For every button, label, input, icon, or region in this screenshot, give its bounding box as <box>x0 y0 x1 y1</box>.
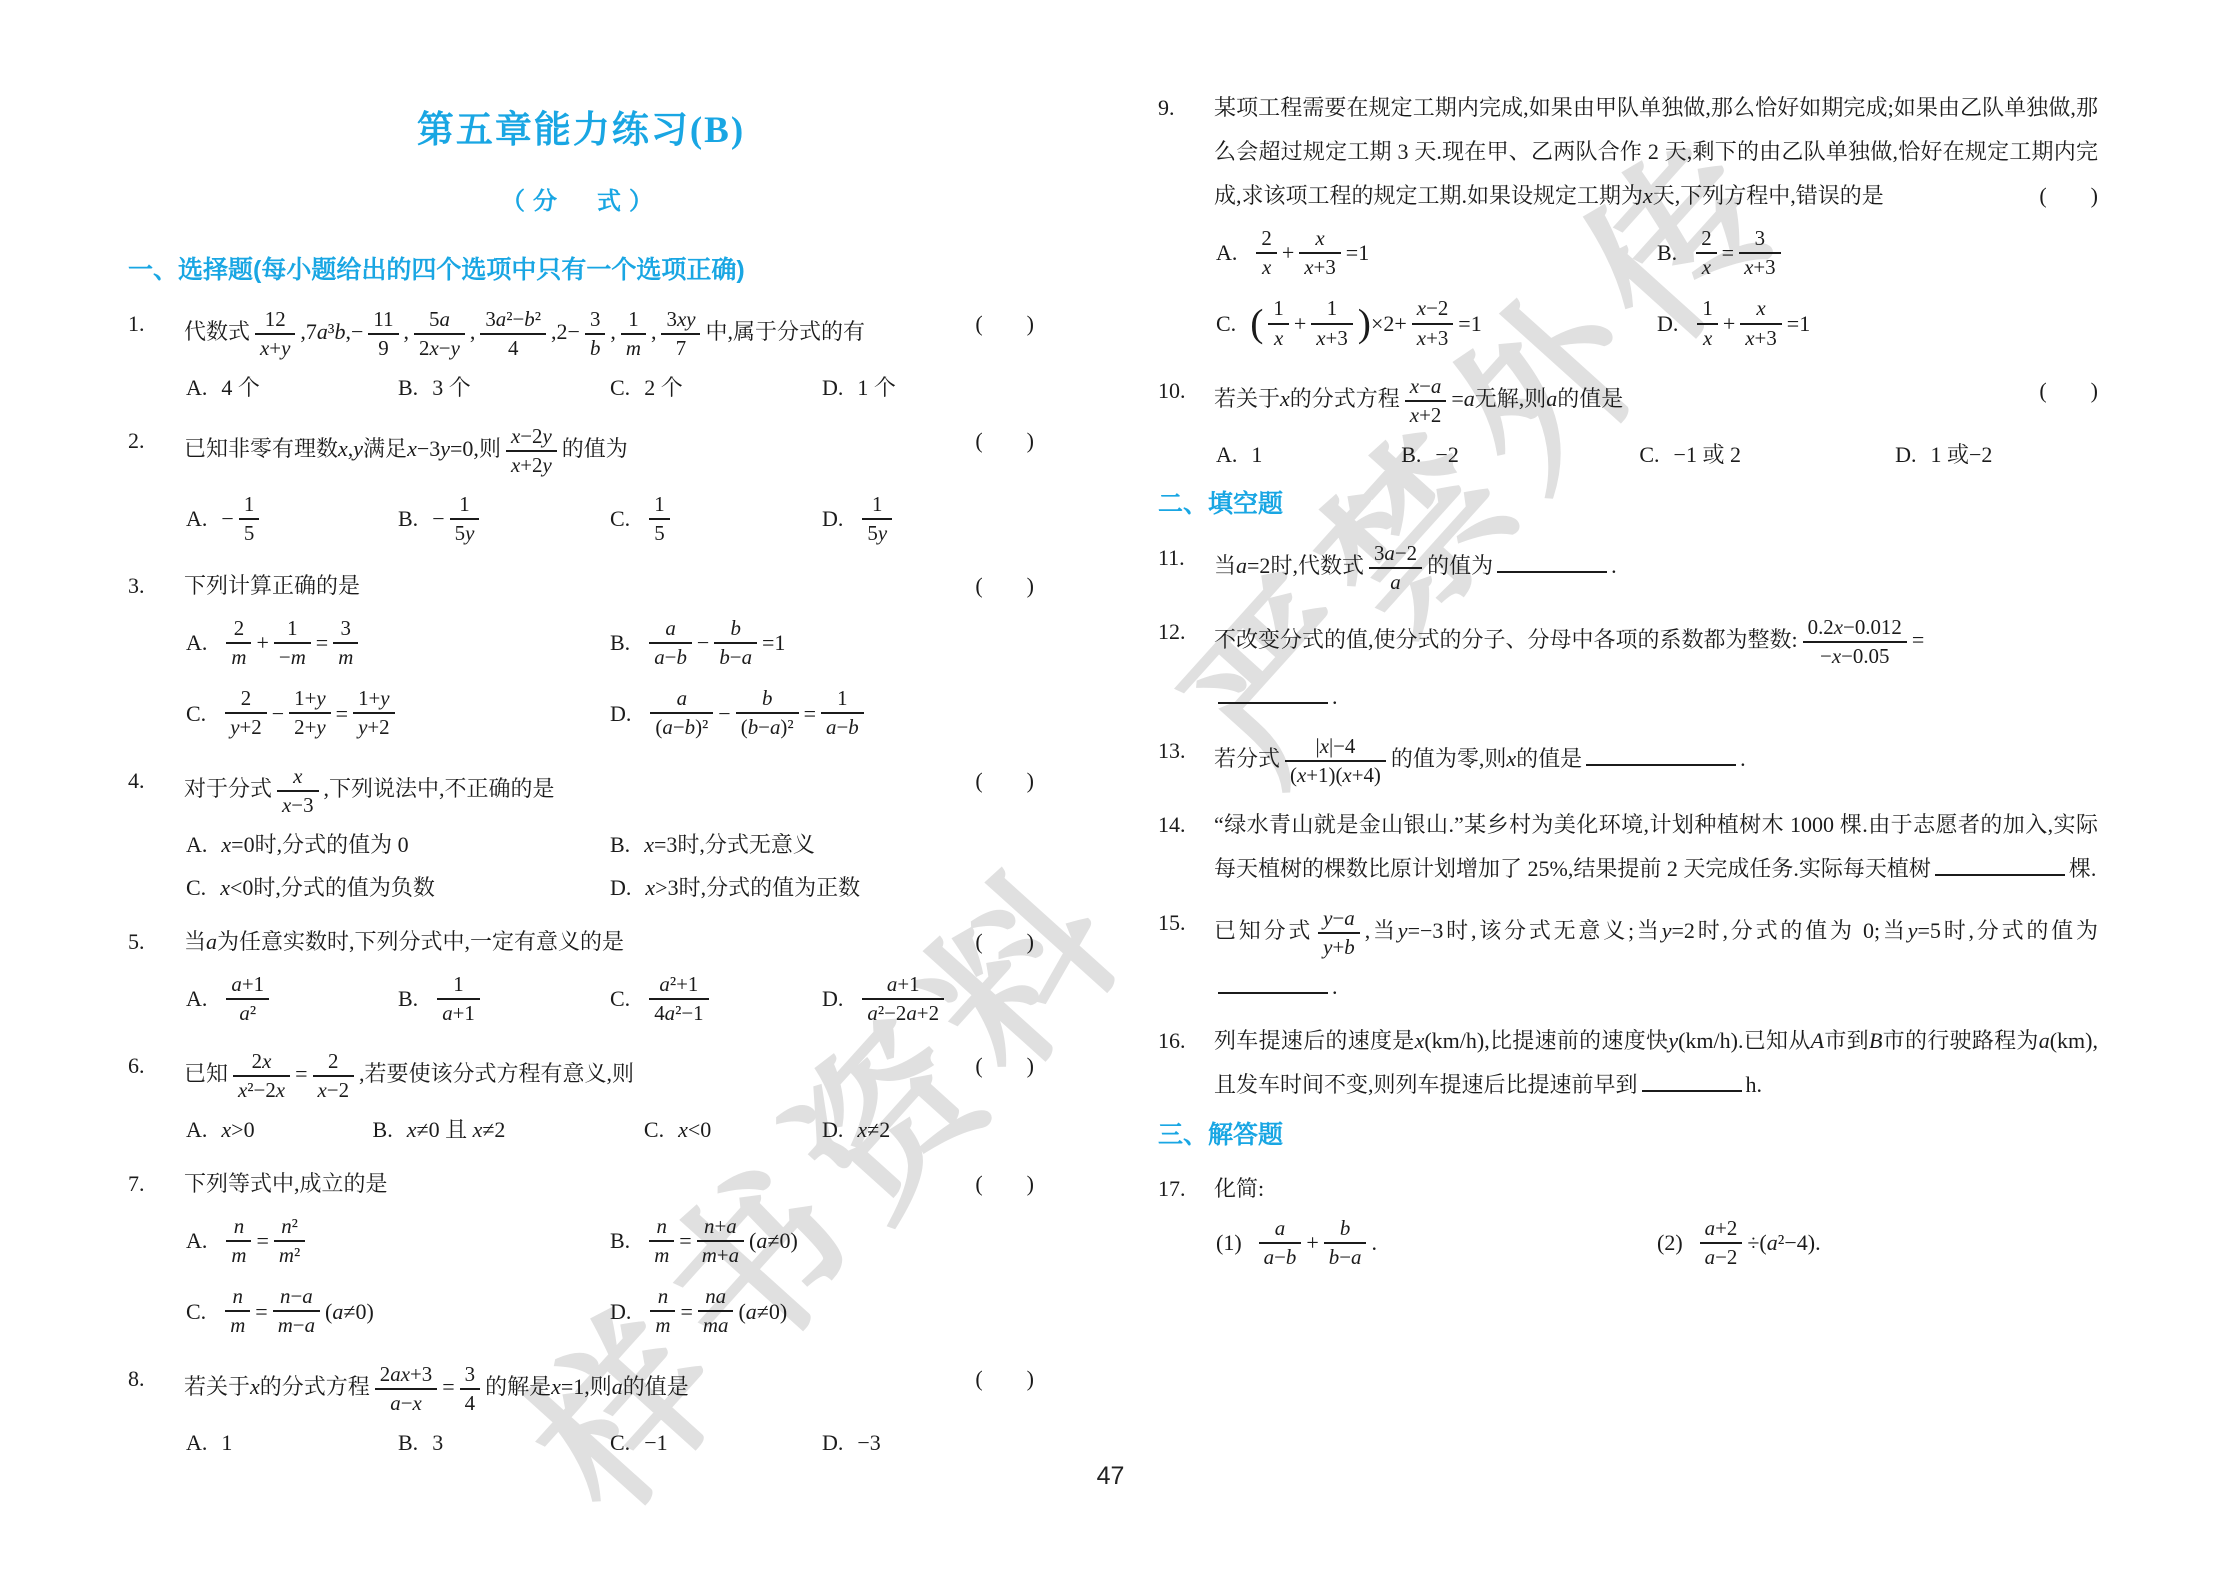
fraction-numerator: 2 <box>313 1048 355 1075</box>
fraction-numerator: n <box>650 1283 675 1310</box>
fraction: xx+3 <box>1299 225 1341 281</box>
math-run: + <box>1723 305 1735 342</box>
question-number: 6. <box>128 1044 184 1108</box>
question-1: 1.代数式12x+y,7a³b,−119,5a2x−y,3a²−b²4,2−3b… <box>128 302 1034 410</box>
question-stem: 若关于x的分式方程2ax+3a−x=34的解是x=1,则a的值是( ) <box>184 1357 1034 1421</box>
fraction-denominator: b−a <box>714 642 757 671</box>
fraction: a+1a² <box>226 971 269 1027</box>
question-stem: 对于分式xx−3,下列说法中,不正确的是( ) <box>184 759 1034 823</box>
text-run: 则 <box>479 436 501 461</box>
math-run: x>3 <box>645 869 678 906</box>
option-label: A. <box>186 1424 207 1461</box>
answer-bracket: ( ) <box>2039 174 2098 218</box>
option-label: D. <box>822 980 843 1017</box>
fraction: x−2yx+2y <box>506 423 557 479</box>
question-stem: 下列计算正确的是( ) <box>184 564 1034 608</box>
option-D: D.nm=nama(a≠0) <box>610 1279 1034 1343</box>
text-run: . <box>1332 974 1338 999</box>
sub-item-content: aa−b+bb−a. <box>1254 1211 1377 1275</box>
sub-item-content: a+2a−2÷(a²−4). <box>1695 1211 1821 1275</box>
option-content: x≠0 且 x≠2 <box>407 1111 506 1148</box>
fraction-denominator: a² <box>226 998 269 1027</box>
option-A: A.1 <box>186 1424 398 1461</box>
option-content: nm=n+am+a(a≠0) <box>644 1209 798 1273</box>
math-run: = <box>316 624 328 661</box>
math-run: = <box>679 1222 691 1259</box>
option-C: C.−1 或 2 <box>1639 436 1895 473</box>
fraction-numerator: n <box>649 1213 674 1240</box>
fraction-numerator: b <box>736 685 799 712</box>
question-stem: 下列等式中,成立的是( ) <box>184 1162 1034 1206</box>
text-run: 不改变分式的值,使分式的分子、分母中各项的系数都为整数: <box>1214 627 1798 652</box>
fraction-numerator: a <box>650 685 713 712</box>
option-B: B.x≠0 且 x≠2 <box>373 1111 644 1148</box>
fraction: 3xy7 <box>661 306 700 362</box>
question-number: 12. <box>1158 610 1214 718</box>
option-label: D. <box>1895 436 1916 473</box>
option-content: 1 <box>221 1424 232 1461</box>
text-run: . <box>1332 684 1338 709</box>
fraction-numerator: 0.2x−0.012 <box>1803 614 1907 641</box>
fraction-denominator: 5y <box>450 518 480 547</box>
question-4: 4.对于分式xx−3,下列说法中,不正确的是( )A.x=0 时,分式的值为 0… <box>128 759 1034 910</box>
math-run: − <box>432 500 444 537</box>
text-run: 时,代数式 <box>1270 553 1364 578</box>
fraction-numerator: x <box>1299 225 1341 252</box>
option-C: C.nm=n−am−a(a≠0) <box>186 1279 610 1343</box>
fraction-denominator: x+2y <box>506 450 557 479</box>
option-label: B. <box>610 624 630 661</box>
option-content: −3 <box>857 1424 880 1461</box>
option-content: x>3 时,分式的值为正数 <box>645 869 860 906</box>
option-label: A. <box>186 369 207 406</box>
question-number: 10. <box>1158 369 1214 433</box>
fraction: x−2x+3 <box>1412 295 1454 351</box>
fraction-denominator: m <box>650 1310 675 1339</box>
options-row: A.1B.3C.−1D.−3 <box>128 1421 1034 1464</box>
math-run: , <box>610 319 616 344</box>
fraction-numerator: 2ax+3 <box>375 1361 437 1388</box>
page-number: 47 <box>0 1462 2221 1491</box>
option-C: C.(1x+1x+3)×2+x−2x+3=1 <box>1216 291 1657 355</box>
math-run: = <box>1722 234 1734 271</box>
page-title: 第五章能力练习(B) <box>128 94 1034 168</box>
math-run: a <box>2039 1028 2050 1053</box>
math-run: ,2− <box>551 319 580 344</box>
option-label: C. <box>186 1293 206 1330</box>
fraction-denominator: x+3 <box>1299 252 1341 281</box>
question-11: 11.当a=2时,代数式3a−2a的值为. <box>1158 536 2098 600</box>
fraction-numerator: b <box>714 615 757 642</box>
text-run: ,若要使该分式方程有意义,则 <box>359 1061 634 1086</box>
question-row: 2.已知非零有理数x,y满足x−3y=0,则x−2yx+2y的值为( ) <box>128 419 1034 483</box>
fraction-numerator: 5a <box>414 306 465 333</box>
math-run: A <box>1811 1028 1824 1053</box>
option-label: C. <box>1639 436 1659 473</box>
question-12: 12.不改变分式的值,使分式的分子、分母中各项的系数都为整数:0.2x−0.01… <box>1158 610 2098 718</box>
option-label: B. <box>373 1111 393 1148</box>
fraction: 3a−2a <box>1369 540 1422 596</box>
text-run: 的值为 <box>562 436 628 461</box>
fraction: n−am−a <box>273 1283 320 1339</box>
text-run: 时,分式的值为正数 <box>679 869 861 906</box>
math-run: 1 或−2 <box>1931 436 1993 473</box>
fraction-denominator: m <box>226 1240 251 1269</box>
text-run: ,下列说法中,不正确的是 <box>324 776 555 801</box>
math-run: x−3y=0, <box>407 436 479 461</box>
option-label: A. <box>186 980 207 1017</box>
fraction: 2ax+3a−x <box>375 1361 437 1417</box>
option-content: (1x+1x+3)×2+x−2x+3=1 <box>1250 291 1482 355</box>
fraction: 15 <box>649 491 669 547</box>
text-run: 市的行驶路程为 <box>1882 1028 2038 1053</box>
fraction-denominator: b−a <box>1324 1242 1367 1271</box>
question-stem: 化简: <box>1214 1167 2098 1211</box>
math-run: −1 或 2 <box>1674 436 1741 473</box>
title-block: 第五章能力练习(B) （分 式） <box>128 94 1034 226</box>
option-content: 1 <box>1251 436 1262 473</box>
fraction-denominator: x+3 <box>1412 323 1454 352</box>
math-run: −3 <box>857 1424 880 1461</box>
option-label: D. <box>1657 305 1678 342</box>
fraction-numerator: 2x <box>233 1048 290 1075</box>
option-content: 1 个 <box>857 369 896 406</box>
text-run: 时,分式无意义 <box>677 826 815 863</box>
option-content: 2 个 <box>644 369 683 406</box>
math-run: a <box>206 929 217 954</box>
option-B: B.3 <box>398 1424 610 1461</box>
blank-line <box>1586 741 1736 766</box>
fraction-numerator: na <box>698 1283 734 1310</box>
text-run: 时,分式的值为负数 <box>253 869 435 906</box>
fraction: 0.2x−0.012−x−0.05 <box>1803 614 1907 670</box>
left-items: 一、选择题(每小题给出的四个选项中只有一个选项正确)1.代数式12x+y,7a³… <box>128 252 1034 1464</box>
fraction-denominator: y+b <box>1318 932 1360 961</box>
question-row: 6.已知2xx²−2x=2x−2,若要使该分式方程有意义,则( ) <box>128 1044 1034 1108</box>
answer-bracket: ( ) <box>975 1162 1034 1206</box>
options-row: A.2m+1−m=3mB.aa−b−bb−a=1C.2y+2−1+y2+y=1+… <box>128 608 1034 749</box>
blank-line <box>1935 851 2065 876</box>
math-run: + <box>256 624 268 661</box>
text-run: 已知分式 <box>1214 918 1313 943</box>
option-B: B.3 个 <box>398 369 610 406</box>
answer-bracket: ( ) <box>975 759 1034 803</box>
fraction-denominator: 7 <box>661 333 700 362</box>
fraction: |x|−4(x+1)(x+4) <box>1285 733 1386 789</box>
option-A: A.a+1a² <box>186 967 398 1031</box>
question-number: 17. <box>1158 1167 1214 1211</box>
section-choice: 一、选择题(每小题给出的四个选项中只有一个选项正确) <box>128 252 1034 290</box>
option-C: C.a²+14a²−1 <box>610 967 822 1031</box>
option-content: 1 或−2 <box>1931 436 1993 473</box>
question-9: 9.某项工程需要在规定工期内完成,如果由甲队单独做,那么恰好如期完成;如果由乙队… <box>1158 86 2098 359</box>
math-run: x=0 <box>221 826 254 863</box>
answer-bracket: ( ) <box>2039 369 2098 413</box>
fraction-numerator: 1 <box>1697 295 1717 322</box>
option-content: x<0 <box>678 1111 711 1148</box>
option-content: 1a+1 <box>432 967 485 1031</box>
text-run: 市到 <box>1824 1028 1869 1053</box>
fraction-numerator: n <box>225 1283 250 1310</box>
fraction-denominator: y+2 <box>353 712 395 741</box>
fraction: n+am+a <box>697 1213 744 1269</box>
option-label: D. <box>822 1424 843 1461</box>
option-C: C.2y+2−1+y2+y=1+yy+2 <box>186 681 610 745</box>
fraction-numerator: 3a²−b² <box>480 306 546 333</box>
option-content: x>0 <box>221 1111 254 1148</box>
question-stem: “绿水青山就是金山银山.”某乡村为美化环境,计划种植树木 1000 棵.由于志愿… <box>1214 803 2098 891</box>
text-run: 列车提速后的速度是 <box>1214 1028 1415 1053</box>
question-number: 3. <box>128 564 184 608</box>
math-run: a <box>1546 386 1557 411</box>
fraction: xx−3 <box>277 763 319 819</box>
fraction: 2m <box>226 615 251 671</box>
option-B: B.2x=3x+3 <box>1657 221 2098 285</box>
fraction-denominator: m² <box>274 1240 305 1269</box>
fraction-numerator: x−2 <box>1412 295 1454 322</box>
fraction-denominator: −x−0.05 <box>1803 641 1907 670</box>
option-label: B. <box>1657 234 1677 271</box>
sub-item-1: (1)aa−b+bb−a. <box>1216 1211 1657 1275</box>
fraction-denominator: 2x−y <box>414 333 465 362</box>
option-D: D.−3 <box>822 1424 1034 1461</box>
fraction-numerator: y−a <box>1318 905 1360 932</box>
math-run: y=2 <box>1662 918 1695 943</box>
text-run: 下列计算正确的是 <box>184 573 360 598</box>
question-10: 10.若关于x的分式方程x−ax+2=a无解,则a的值是( )A.1B.−2C.… <box>1158 369 2098 477</box>
question-8: 8.若关于x的分式方程2ax+3a−x=34的解是x=1,则a的值是( )A.1… <box>128 1357 1034 1465</box>
fraction: 15y <box>862 491 892 547</box>
answer-bracket: ( ) <box>975 920 1034 964</box>
fraction: 1m <box>621 306 646 362</box>
option-label: D. <box>610 695 631 732</box>
text-run: 若分式 <box>1214 746 1280 771</box>
option-label: C. <box>610 500 630 537</box>
left-column: 第五章能力练习(B) （分 式） 一、选择题(每小题给出的四个选项中只有一个选项… <box>128 86 1034 1474</box>
option-label: B. <box>398 1424 418 1461</box>
text-run: 则 <box>590 1374 612 1399</box>
question-row: 9.某项工程需要在规定工期内完成,如果由甲队单独做,那么恰好如期完成;如果由乙队… <box>1158 86 2098 218</box>
page-subtitle: （分 式） <box>128 178 1034 226</box>
fraction-denominator: x+y <box>255 333 295 362</box>
question-row: 13.若分式|x|−4(x+1)(x+4)的值为零,则x的值是. <box>1158 729 2098 793</box>
options-row: A.a+1a²B.1a+1C.a²+14a²−1D.a+1a²−2a+2 <box>128 964 1034 1034</box>
fraction-denominator: m+a <box>697 1240 744 1269</box>
question-row: 8.若关于x的分式方程2ax+3a−x=34的解是x=1,则a的值是( ) <box>128 1357 1034 1421</box>
fraction-denominator: 4 <box>460 1388 480 1417</box>
question-number: 11. <box>1158 536 1214 600</box>
text-run: 若关于 <box>1214 386 1280 411</box>
question-number: 4. <box>128 759 184 823</box>
math-run: x <box>1415 1028 1425 1053</box>
math-run: =1 <box>762 624 785 661</box>
text-run: 的值是 <box>1516 746 1582 771</box>
fraction-numerator: 1 <box>274 615 311 642</box>
question-number: 8. <box>128 1357 184 1421</box>
fraction: nm <box>225 1283 250 1339</box>
fraction-denominator: (x+1)(x+4) <box>1285 760 1386 789</box>
fraction-denominator: x+2 <box>1405 400 1447 429</box>
fraction-denominator: a−b <box>649 642 692 671</box>
fraction-denominator: 9 <box>368 333 398 362</box>
fraction-numerator: 1+y <box>289 685 331 712</box>
fraction: y−ay+b <box>1318 905 1360 961</box>
fraction-numerator: 1 <box>649 491 669 518</box>
fraction-denominator: x+3 <box>1740 323 1782 352</box>
fraction-denominator: m <box>649 1240 674 1269</box>
option-content: a+1a²−2a+2 <box>857 967 949 1031</box>
options-row: A.2x+xx+3=1B.2x=3x+3C.(1x+1x+3)×2+x−2x+3… <box>1158 218 2098 359</box>
fraction-denominator: x−2 <box>313 1075 355 1104</box>
question-16: 16.列车提速后的速度是x(km/h),比提速前的速度快y(km/h).已知从A… <box>1158 1019 2098 1107</box>
text-run: 的值是 <box>623 1374 689 1399</box>
option-label: C. <box>186 695 206 732</box>
text-run: 对于分式 <box>184 776 272 801</box>
big-paren: ) <box>1358 304 1371 344</box>
text-run: 当 <box>1214 553 1236 578</box>
fraction-denominator: a−b <box>821 712 864 741</box>
fraction: 2x <box>1696 225 1716 281</box>
fraction-numerator: 1 <box>621 306 646 333</box>
option-label: C. <box>1216 305 1236 342</box>
math-run: 1 <box>1251 436 1262 473</box>
fraction: b(b−a)² <box>736 685 799 741</box>
math-run: 3 <box>432 1424 443 1461</box>
fraction: a+2a−2 <box>1700 1215 1743 1271</box>
option-content: 3 个 <box>432 369 471 406</box>
text-run: 的解是 <box>485 1374 551 1399</box>
option-label: B. <box>398 980 418 1017</box>
question-number: 1. <box>128 302 184 366</box>
math-run: − <box>718 695 730 732</box>
question-row: 3.下列计算正确的是( ) <box>128 564 1034 608</box>
question-stem: 若分式|x|−4(x+1)(x+4)的值为零,则x的值是. <box>1214 729 2098 793</box>
fraction-numerator: 2 <box>1256 225 1276 252</box>
fraction: 3b <box>585 306 605 362</box>
fraction: a+1a²−2a+2 <box>862 971 944 1027</box>
option-B: B.−2 <box>1401 436 1639 473</box>
sub-item-label: (1) <box>1216 1221 1242 1265</box>
fraction-denominator: m <box>621 333 646 362</box>
option-label: C. <box>186 869 206 906</box>
options-row: A.nm=n²m²B.nm=n+am+a(a≠0)C.nm=n−am−a(a≠0… <box>128 1206 1034 1347</box>
fraction-numerator: 1+y <box>353 685 395 712</box>
option-D: D.a(a−b)²−b(b−a)²=1a−b <box>610 681 1034 745</box>
math-run: x,y <box>338 436 363 461</box>
fraction-numerator: x−a <box>1405 373 1447 400</box>
question-stem: 若关于x的分式方程x−ax+2=a无解,则a的值是( ) <box>1214 369 2098 433</box>
fraction-numerator: 3 <box>460 1361 480 1388</box>
question-7: 7.下列等式中,成立的是( )A.nm=n²m²B.nm=n+am+a(a≠0)… <box>128 1162 1034 1347</box>
math-run: = <box>336 695 348 732</box>
question-17: 17.化简:(1)aa−b+bb−a.(2)a+2a−2÷(a²−4). <box>1158 1167 2098 1275</box>
math-run: x<0 <box>220 869 253 906</box>
question-3: 3.下列计算正确的是( )A.2m+1−m=3mB.aa−b−bb−a=1C.2… <box>128 564 1034 749</box>
math-run: 1 <box>221 1424 232 1461</box>
math-run: a=2 <box>1236 553 1270 578</box>
option-D: D.1x+xx+3=1 <box>1657 291 2098 355</box>
fraction-denominator: y+2 <box>225 712 267 741</box>
options-row: A.x=0 时,分式的值为 0B.x=3 时,分式无意义C.x<0 时,分式的值… <box>128 823 1034 910</box>
section-fill: 二、填空题 <box>1158 486 2098 524</box>
option-A: A.2m+1−m=3m <box>186 611 610 675</box>
fraction: 1a+1 <box>437 971 480 1027</box>
fraction-denominator: 4 <box>480 333 546 362</box>
fraction: 5a2x−y <box>414 306 465 362</box>
math-run: B <box>1869 1028 1882 1053</box>
fraction-numerator: x−2y <box>506 423 557 450</box>
math-run: = <box>295 1061 307 1086</box>
option-label: A. <box>186 1111 207 1148</box>
math-run: + <box>1282 234 1294 271</box>
math-run: = <box>442 1374 454 1399</box>
fraction-numerator: 1 <box>862 491 892 518</box>
question-row: 4.对于分式xx−3,下列说法中,不正确的是( ) <box>128 759 1034 823</box>
fraction: bb−a <box>1324 1215 1367 1271</box>
option-label: B. <box>1401 436 1421 473</box>
question-number: 2. <box>128 419 184 483</box>
text-run: 化简: <box>1214 1176 1264 1201</box>
fraction-numerator: 3 <box>585 306 605 333</box>
text-run: 时,分式的值为 0 <box>255 826 409 863</box>
option-label: C. <box>610 1424 630 1461</box>
question-row: 16.列车提速后的速度是x(km/h),比提速前的速度快y(km/h).已知从A… <box>1158 1019 2098 1107</box>
math-run: =1 <box>1458 305 1481 342</box>
fraction: 2x−2 <box>313 1048 355 1104</box>
text-run: 4 个 <box>221 369 260 406</box>
text-run: 时,该分式无意义;当 <box>1443 918 1661 943</box>
fraction-denominator: x²−2x <box>233 1075 290 1104</box>
math-run: x <box>1280 386 1290 411</box>
fraction: 2x <box>1256 225 1276 281</box>
question-stem: 当a为任意实数时,下列分式中,一定有意义的是( ) <box>184 920 1034 964</box>
fraction-numerator: 1 <box>821 685 864 712</box>
question-number: 13. <box>1158 729 1214 793</box>
math-run: x=3 <box>644 826 677 863</box>
fraction-denominator: a−x <box>375 1388 437 1417</box>
text-run: 的分式方程 <box>1290 386 1400 411</box>
text-run: 时,分式的值为 <box>1941 918 2098 943</box>
question-13: 13.若分式|x|−4(x+1)(x+4)的值为零,则x的值是. <box>1158 729 2098 793</box>
math-run: =1 <box>1787 305 1810 342</box>
fraction-numerator: 3 <box>1739 225 1781 252</box>
fraction-numerator: 11 <box>368 306 398 333</box>
option-content: nm=nama(a≠0) <box>645 1279 787 1343</box>
text-run: 的值为 <box>1427 553 1493 578</box>
big-paren: ( <box>1250 304 1263 344</box>
math-run: x≠0 且 x≠2 <box>407 1111 506 1148</box>
fraction-numerator: a <box>1259 1215 1302 1242</box>
option-A: A.2x+xx+3=1 <box>1216 221 1657 285</box>
fraction-numerator: 1 <box>437 971 480 998</box>
text-run: 若关于 <box>184 1374 250 1399</box>
option-D: D.1 个 <box>822 369 1034 406</box>
option-D: D.a+1a²−2a+2 <box>822 967 1034 1031</box>
question-row: 15.已知分式y−ay+b,当y=−3时,该分式无意义;当y=2时,分式的值为 … <box>1158 901 2098 1009</box>
option-label: D. <box>822 500 843 537</box>
option-content: x=0 时,分式的值为 0 <box>221 826 408 863</box>
question-number: 15. <box>1158 901 1214 1009</box>
fraction-denominator: x <box>1696 252 1716 281</box>
option-label: B. <box>610 1222 630 1259</box>
text-run: 的分式方程 <box>260 1374 370 1399</box>
fraction-denominator: m <box>226 642 251 671</box>
fraction: 1x <box>1268 295 1288 351</box>
math-run: y=−3 <box>1398 918 1444 943</box>
fraction-denominator: 5 <box>649 518 669 547</box>
option-label: C. <box>610 980 630 1017</box>
fraction-denominator: (b−a)² <box>736 712 799 741</box>
